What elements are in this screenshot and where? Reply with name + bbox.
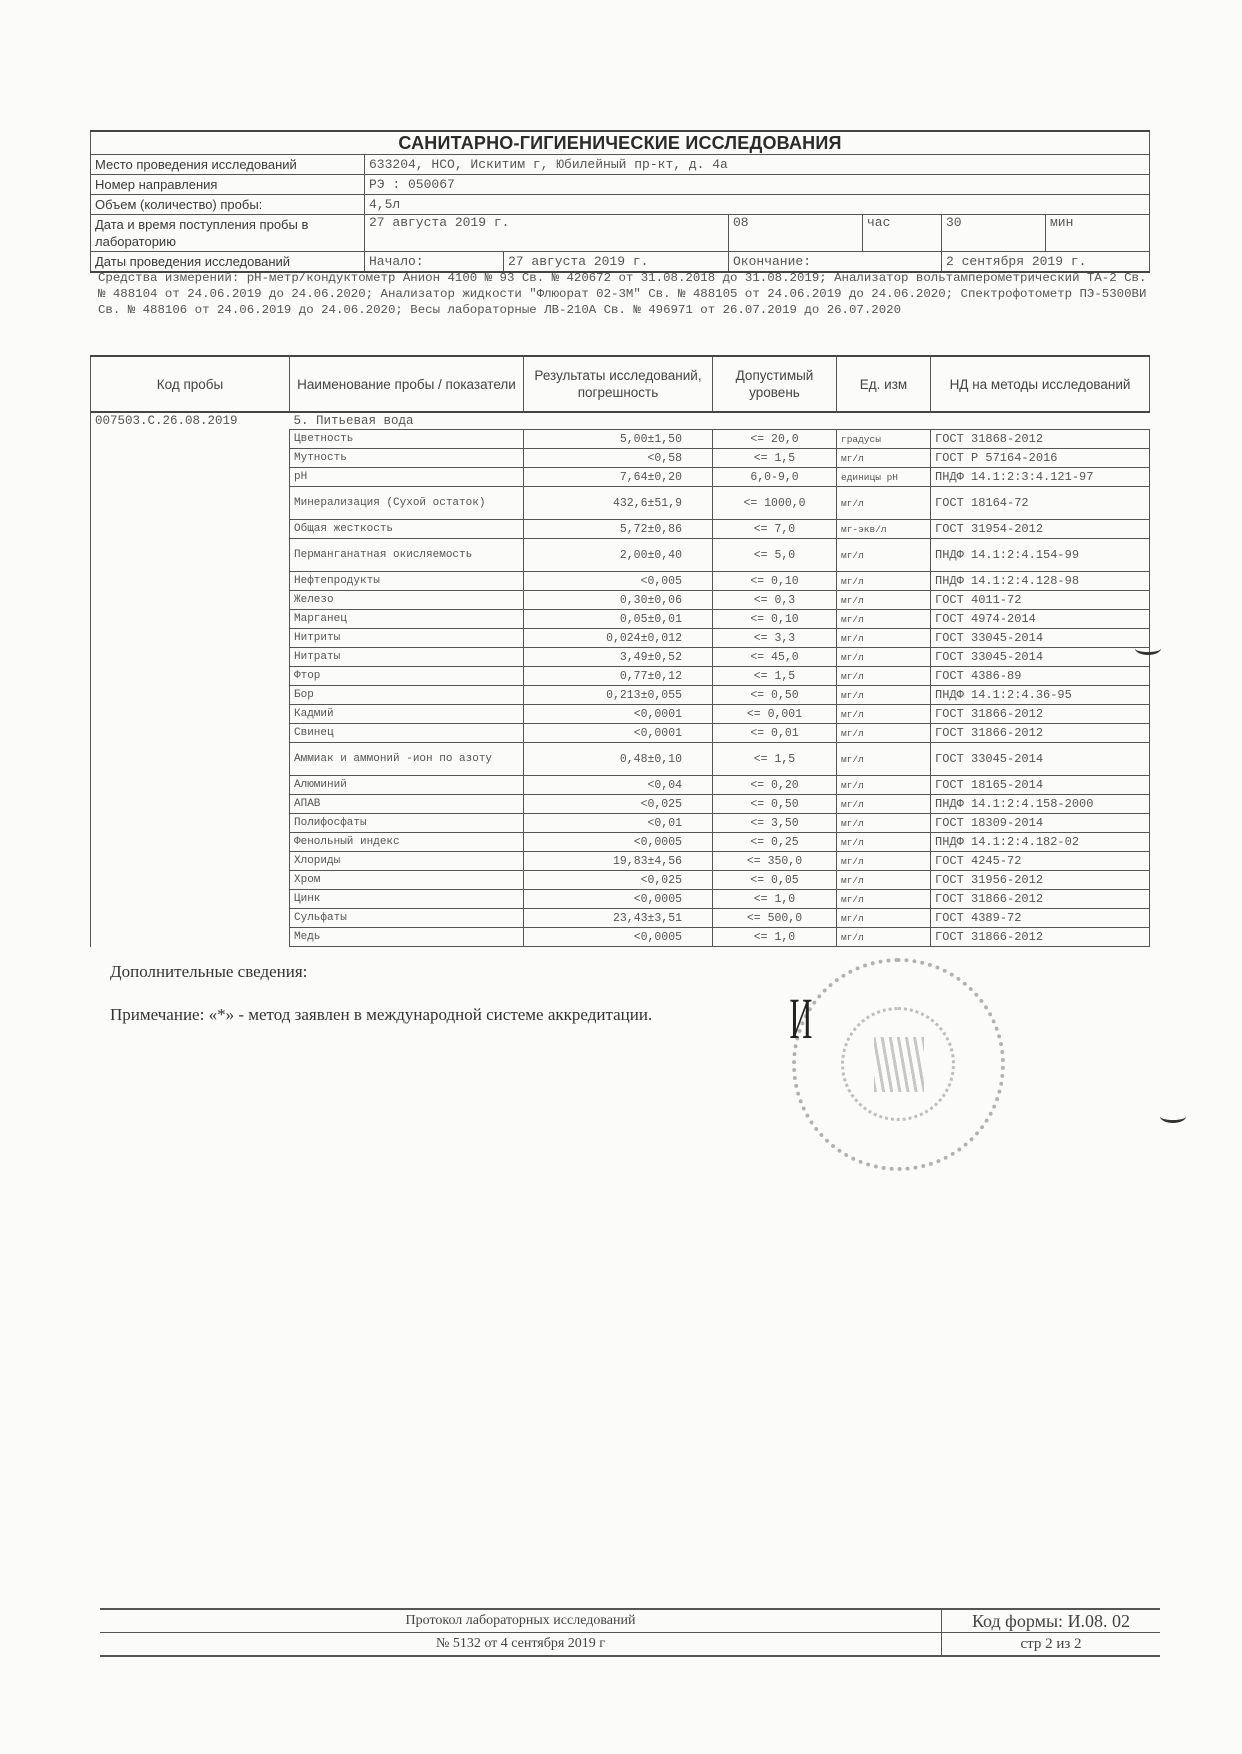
indicator-name: Цинк xyxy=(290,890,524,909)
result-value: <0,0001 xyxy=(524,724,713,743)
method-value: ГОСТ 4011-72 xyxy=(931,591,1150,610)
method-value: ГОСТ 31868-2012 xyxy=(931,430,1150,449)
limit-value: <= 0,10 xyxy=(713,572,837,591)
method-value: ГОСТ 31866-2012 xyxy=(931,890,1150,909)
code-cell xyxy=(91,591,290,610)
protocol-title: Протокол лабораторных исследований xyxy=(100,1609,942,1633)
unit-value: мг/л xyxy=(837,686,931,705)
limit-value: <= 0,01 xyxy=(713,724,837,743)
table-row: Мутность<0,58<= 1,5мг/лГОСТ Р 57164-2016 xyxy=(91,449,1150,468)
unit-value: мг/л xyxy=(837,743,931,776)
table-row: АПАВ<0,025<= 0,50мг/лПНДФ 14.1:2:4.158-2… xyxy=(91,795,1150,814)
unit-value: мг/л xyxy=(837,648,931,667)
unit-value: мг/л xyxy=(837,776,931,795)
indicator-name: Хром xyxy=(290,871,524,890)
limit-value: <= 3,50 xyxy=(713,814,837,833)
limit-value: <= 45,0 xyxy=(713,648,837,667)
code-cell xyxy=(91,610,290,629)
table-row: Нитриты0,024±0,012<= 3,3мг/лГОСТ 33045-2… xyxy=(91,629,1150,648)
result-value: <0,0001 xyxy=(524,705,713,724)
scan-mark xyxy=(1135,642,1161,655)
indicator-name: Бор xyxy=(290,686,524,705)
result-value: 7,64±0,20 xyxy=(524,468,713,487)
limit-value: <= 0,20 xyxy=(713,776,837,795)
limit-value: <= 1,5 xyxy=(713,449,837,468)
unit-value: мг/л xyxy=(837,890,931,909)
limit-value: <= 1,5 xyxy=(713,667,837,686)
table-row: Железо0,30±0,06<= 0,3мг/лГОСТ 4011-72 xyxy=(91,591,1150,610)
method-value: ГОСТ 18165-2014 xyxy=(931,776,1150,795)
indicator-name: Нитраты xyxy=(290,648,524,667)
method-value: ГОСТ 18309-2014 xyxy=(931,814,1150,833)
info-row-arrival: Дата и время поступления пробы в лаборат… xyxy=(91,215,1150,252)
sample-info-table: САНИТАРНО-ГИГИЕНИЧЕСКИЕ ИССЛЕДОВАНИЯ Мес… xyxy=(90,130,1150,273)
indicator-name: Мутность xyxy=(290,449,524,468)
indicator-name: Железо xyxy=(290,591,524,610)
indicator-name: Фтор xyxy=(290,667,524,686)
indicator-name: Минерализация (Сухой остаток) xyxy=(290,487,524,520)
code-cell xyxy=(91,629,290,648)
unit-value: мг-экв/л xyxy=(837,520,931,539)
remark-note: Примечание: «*» - метод заявлен в междун… xyxy=(110,1005,652,1025)
method-value: ГОСТ 33045-2014 xyxy=(931,629,1150,648)
unit-value: мг/л xyxy=(837,705,931,724)
code-cell xyxy=(91,686,290,705)
limit-value: <= 3,3 xyxy=(713,629,837,648)
limit-value: <= 1,0 xyxy=(713,890,837,909)
unit-value: мг/л xyxy=(837,814,931,833)
table-row: Медь<0,0005<= 1,0мг/лГОСТ 31866-2012 xyxy=(91,928,1150,947)
code-cell xyxy=(91,928,290,947)
method-value: ПНДФ 14.1:2:4.158-2000 xyxy=(931,795,1150,814)
info-row-location: Место проведения исследований 633204, НС… xyxy=(91,155,1150,175)
result-value: <0,0005 xyxy=(524,928,713,947)
table-row: pH7,64±0,206,0-9,0единицы pHПНДФ 14.1:2:… xyxy=(91,468,1150,487)
results-table: Код пробы Наименование пробы / показател… xyxy=(90,355,1150,947)
code-cell xyxy=(91,430,290,449)
table-row: Общая жесткость5,72±0,86<= 7,0мг-экв/лГО… xyxy=(91,520,1150,539)
indicator-name: pH xyxy=(290,468,524,487)
result-value: <0,0005 xyxy=(524,890,713,909)
method-value: ГОСТ 31866-2012 xyxy=(931,705,1150,724)
method-value: ГОСТ 18164-72 xyxy=(931,487,1150,520)
limit-value: <= 0,10 xyxy=(713,610,837,629)
code-cell xyxy=(91,667,290,686)
code-cell xyxy=(91,833,290,852)
table-row: Перманганатная окисляемость2,00±0,40<= 5… xyxy=(91,539,1150,572)
signature: И xyxy=(789,985,812,1052)
form-code: Код формы: И.08. 02 xyxy=(942,1609,1161,1633)
method-value: ГОСТ 4386-89 xyxy=(931,667,1150,686)
code-cell xyxy=(91,468,290,487)
table-row: Хром<0,025<= 0,05мг/лГОСТ 31956-2012 xyxy=(91,871,1150,890)
table-row: Фтор0,77±0,12<= 1,5мг/лГОСТ 4386-89 xyxy=(91,667,1150,686)
result-value: <0,01 xyxy=(524,814,713,833)
info-row-volume: Объем (количество) пробы: 4,5л xyxy=(91,195,1150,215)
table-row: Кадмий<0,0001<= 0,001мг/лГОСТ 31866-2012 xyxy=(91,705,1150,724)
indicator-name: Хлориды xyxy=(290,852,524,871)
code-cell xyxy=(91,890,290,909)
table-row: Фенольный индекс<0,0005<= 0,25мг/лПНДФ 1… xyxy=(91,833,1150,852)
unit-value: мг/л xyxy=(837,852,931,871)
method-value: ГОСТ Р 57164-2016 xyxy=(931,449,1150,468)
indicator-name: Медь xyxy=(290,928,524,947)
method-value: ПНДФ 14.1:2:4.154-99 xyxy=(931,539,1150,572)
limit-value: <= 1,0 xyxy=(713,928,837,947)
indicator-name: Алюминий xyxy=(290,776,524,795)
sample-code: 007503.С.26.08.2019 xyxy=(91,412,290,430)
unit-value: мг/л xyxy=(837,833,931,852)
result-value: 0,77±0,12 xyxy=(524,667,713,686)
sample-name: 5. Питьевая вода xyxy=(290,412,1150,430)
method-value: ПНДФ 14.1:2:4.182-02 xyxy=(931,833,1150,852)
table-row: Цветность5,00±1,50<= 20,0градусыГОСТ 318… xyxy=(91,430,1150,449)
code-cell xyxy=(91,909,290,928)
seal-stamp xyxy=(792,958,1005,1171)
document-title: САНИТАРНО-ГИГИЕНИЧЕСКИЕ ИССЛЕДОВАНИЯ xyxy=(91,131,1150,155)
result-value: 23,43±3,51 xyxy=(524,909,713,928)
unit-value: мг/л xyxy=(837,572,931,591)
result-value: 19,83±4,56 xyxy=(524,852,713,871)
limit-value: <= 7,0 xyxy=(713,520,837,539)
method-value: ГОСТ 4245-72 xyxy=(931,852,1150,871)
limit-value: <= 500,0 xyxy=(713,909,837,928)
info-row-referral: Номер направления РЭ : 050067 xyxy=(91,175,1150,195)
method-value: ГОСТ 4974-2014 xyxy=(931,610,1150,629)
result-value: 0,48±0,10 xyxy=(524,743,713,776)
result-value: 0,024±0,012 xyxy=(524,629,713,648)
measurement-instruments: Средства измерений: pH-метр/кондуктометр… xyxy=(98,270,1158,318)
method-value: ГОСТ 31956-2012 xyxy=(931,871,1150,890)
limit-value: <= 0,50 xyxy=(713,795,837,814)
sample-row: 007503.С.26.08.2019 5. Питьевая вода xyxy=(91,412,1150,430)
code-cell xyxy=(91,487,290,520)
table-row: Свинец<0,0001<= 0,01мг/лГОСТ 31866-2012 xyxy=(91,724,1150,743)
indicator-name: Цветность xyxy=(290,430,524,449)
code-cell xyxy=(91,814,290,833)
code-cell xyxy=(91,449,290,468)
result-value: 5,72±0,86 xyxy=(524,520,713,539)
indicator-name: Кадмий xyxy=(290,705,524,724)
table-row: Сульфаты23,43±3,51<= 500,0мг/лГОСТ 4389-… xyxy=(91,909,1150,928)
result-value: <0,005 xyxy=(524,572,713,591)
result-value: 432,6±51,9 xyxy=(524,487,713,520)
method-value: ГОСТ 31866-2012 xyxy=(931,724,1150,743)
result-value: 5,00±1,50 xyxy=(524,430,713,449)
method-value: ГОСТ 33045-2014 xyxy=(931,648,1150,667)
table-row: Нефтепродукты<0,005<= 0,10мг/лПНДФ 14.1:… xyxy=(91,572,1150,591)
method-value: ГОСТ 33045-2014 xyxy=(931,743,1150,776)
code-cell xyxy=(91,871,290,890)
table-row: Цинк<0,0005<= 1,0мг/лГОСТ 31866-2012 xyxy=(91,890,1150,909)
result-value: 0,30±0,06 xyxy=(524,591,713,610)
table-row: Нитраты3,49±0,52<= 45,0мг/лГОСТ 33045-20… xyxy=(91,648,1150,667)
table-row: Аммиак и аммоний -ион по азоту0,48±0,10<… xyxy=(91,743,1150,776)
indicator-name: Полифосфаты xyxy=(290,814,524,833)
indicator-name: Фенольный индекс xyxy=(290,833,524,852)
method-value: ГОСТ 4389-72 xyxy=(931,909,1150,928)
result-value: <0,025 xyxy=(524,795,713,814)
code-cell xyxy=(91,852,290,871)
indicator-name: Перманганатная окисляемость xyxy=(290,539,524,572)
code-cell xyxy=(91,520,290,539)
additional-info-label: Дополнительные сведения: xyxy=(110,962,307,982)
limit-value: <= 5,0 xyxy=(713,539,837,572)
result-value: 0,05±0,01 xyxy=(524,610,713,629)
result-value: 3,49±0,52 xyxy=(524,648,713,667)
unit-value: мг/л xyxy=(837,795,931,814)
unit-value: мг/л xyxy=(837,928,931,947)
limit-value: <= 1000,0 xyxy=(713,487,837,520)
limit-value: <= 0,001 xyxy=(713,705,837,724)
code-cell xyxy=(91,705,290,724)
result-value: 0,213±0,055 xyxy=(524,686,713,705)
code-cell xyxy=(91,572,290,591)
code-cell xyxy=(91,743,290,776)
result-value: 2,00±0,40 xyxy=(524,539,713,572)
indicator-name: Сульфаты xyxy=(290,909,524,928)
results-header: Код пробы Наименование пробы / показател… xyxy=(91,356,1150,412)
table-row: Хлориды19,83±4,56<= 350,0мг/лГОСТ 4245-7… xyxy=(91,852,1150,871)
indicator-name: Общая жесткость xyxy=(290,520,524,539)
method-value: ГОСТ 31866-2012 xyxy=(931,928,1150,947)
limit-value: <= 0,3 xyxy=(713,591,837,610)
code-cell xyxy=(91,648,290,667)
limit-value: <= 0,25 xyxy=(713,833,837,852)
limit-value: <= 0,05 xyxy=(713,871,837,890)
unit-value: мг/л xyxy=(837,909,931,928)
limit-value: <= 350,0 xyxy=(713,852,837,871)
unit-value: мг/л xyxy=(837,724,931,743)
indicator-name: Свинец xyxy=(290,724,524,743)
indicator-name: Марганец xyxy=(290,610,524,629)
code-cell xyxy=(91,776,290,795)
unit-value: мг/л xyxy=(837,539,931,572)
code-cell xyxy=(91,539,290,572)
code-cell xyxy=(91,795,290,814)
unit-value: мг/л xyxy=(837,629,931,648)
indicator-name: Нефтепродукты xyxy=(290,572,524,591)
info-row-study-dates: Даты проведения исследований Начало: 27 … xyxy=(91,252,1150,273)
method-value: ПНДФ 14.1:2:4.128-98 xyxy=(931,572,1150,591)
unit-value: единицы pH xyxy=(837,468,931,487)
method-value: ПНДФ 14.1:2:4.36-95 xyxy=(931,686,1150,705)
unit-value: мг/л xyxy=(837,610,931,629)
method-value: ГОСТ 31954-2012 xyxy=(931,520,1150,539)
indicator-name: Аммиак и аммоний -ион по азоту xyxy=(290,743,524,776)
unit-value: мг/л xyxy=(837,449,931,468)
result-value: <0,025 xyxy=(524,871,713,890)
unit-value: мг/л xyxy=(837,871,931,890)
result-value: <0,04 xyxy=(524,776,713,795)
indicator-name: Нитриты xyxy=(290,629,524,648)
result-value: <0,58 xyxy=(524,449,713,468)
table-row: Полифосфаты<0,01<= 3,50мг/лГОСТ 18309-20… xyxy=(91,814,1150,833)
result-value: <0,0005 xyxy=(524,833,713,852)
unit-value: мг/л xyxy=(837,591,931,610)
limit-value: <= 1,5 xyxy=(713,743,837,776)
table-row: Бор0,213±0,055<= 0,50мг/лПНДФ 14.1:2:4.3… xyxy=(91,686,1150,705)
unit-value: мг/л xyxy=(837,667,931,686)
limit-value: <= 20,0 xyxy=(713,430,837,449)
method-value: ПНДФ 14.1:2:3:4.121-97 xyxy=(931,468,1150,487)
table-row: Алюминий<0,04<= 0,20мг/лГОСТ 18165-2014 xyxy=(91,776,1150,795)
table-row: Марганец0,05±0,01<= 0,10мг/лГОСТ 4974-20… xyxy=(91,610,1150,629)
unit-value: градусы xyxy=(837,430,931,449)
scan-mark xyxy=(1160,1110,1186,1123)
indicator-name: АПАВ xyxy=(290,795,524,814)
limit-value: <= 0,50 xyxy=(713,686,837,705)
limit-value: 6,0-9,0 xyxy=(713,468,837,487)
table-row: Минерализация (Сухой остаток)432,6±51,9<… xyxy=(91,487,1150,520)
unit-value: мг/л xyxy=(837,487,931,520)
page-number: стр 2 из 2 xyxy=(942,1633,1161,1657)
protocol-number: № 5132 от 4 сентября 2019 г xyxy=(100,1633,942,1657)
code-cell xyxy=(91,724,290,743)
footer-table: Протокол лабораторных исследований Код ф… xyxy=(100,1608,1160,1657)
